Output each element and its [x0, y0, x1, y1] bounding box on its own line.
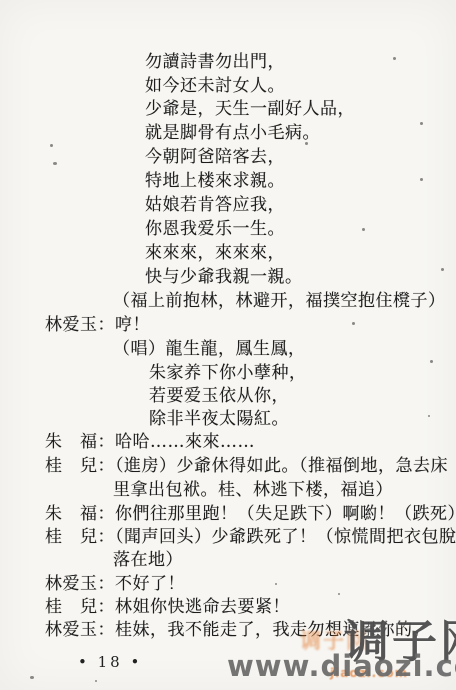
stage-direction: （福上前抱林，林避开，福撲空抱住櫈子） [113, 293, 446, 310]
verse-line: 就是脚骨有点小毛病。 [145, 125, 320, 142]
verse-line: 今朝阿爸陪客去， [145, 149, 285, 166]
scanned-page: 勿讀詩書勿出門， 如今还未討女人。 少爺是，天生一副好人品， 就是脚骨有点小毛病… [0, 0, 456, 690]
verse-line: 少爺是，天生一副好人品， [145, 101, 355, 118]
ink-speck [53, 162, 57, 165]
dialogue-line: 桂 兒：（進房）少爺休得如此。（推福倒地，急去床 [45, 458, 448, 475]
watermark-site-url: www.diaozi.com [227, 649, 456, 683]
dialogue-line: 桂 兒：林姐你快逃命去要紧！ [45, 599, 290, 616]
ink-speck [275, 583, 277, 585]
ink-speck [50, 144, 53, 147]
dialogue-line: 朱 福：你們往那里跑！（失足跌下）啊喲！（跌死） [45, 506, 456, 523]
ink-speck [420, 122, 423, 125]
verse-line: 姑娘若肯答应我， [145, 197, 285, 214]
verse-line: 你恩我爱乐一生。 [145, 221, 285, 238]
ink-speck [30, 676, 34, 679]
page-number: • 18 • [78, 653, 142, 671]
ink-speck [393, 57, 396, 60]
verse-line: 勿讀詩書勿出門， [145, 54, 285, 71]
dialogue-line: 林爱玉：不好了！ [45, 576, 185, 593]
dialogue-line: 桂 兒：（聞声回头）少爺跌死了！（惊慌間把衣包脫 [45, 529, 456, 546]
ink-speck [338, 593, 340, 595]
dialogue-line: 林爱玉：哼！ [45, 317, 150, 334]
verse-line: 朱家养下你小孽种， [149, 365, 307, 382]
dialogue-line: 里拿出包袱。桂、林逃下楼，福追） [113, 482, 393, 499]
dialogue-line: 落在地） [113, 552, 183, 569]
ink-speck [428, 415, 430, 417]
ink-speck [362, 228, 365, 231]
verse-line: 若要爱玉依从你， [149, 388, 289, 405]
ink-speck [95, 680, 97, 682]
dialogue-line: 朱 福：哈哈……來來…… [45, 434, 255, 451]
verse-line: 快与少爺我親一親。 [145, 269, 303, 286]
ink-speck [420, 178, 423, 181]
ink-speck [441, 268, 444, 271]
dialogue-line: （唱）龍生龍，鳳生鳳， [113, 341, 306, 358]
verse-line: 除非半夜太陽紅。 [149, 411, 289, 428]
ink-speck [352, 322, 355, 325]
verse-line: 特地上楼來求親。 [145, 173, 285, 190]
ink-speck [305, 142, 308, 145]
verse-line: 如今还未討女人。 [145, 78, 285, 95]
verse-line: 來來來，來來來， [145, 245, 285, 262]
ink-speck [430, 360, 433, 363]
